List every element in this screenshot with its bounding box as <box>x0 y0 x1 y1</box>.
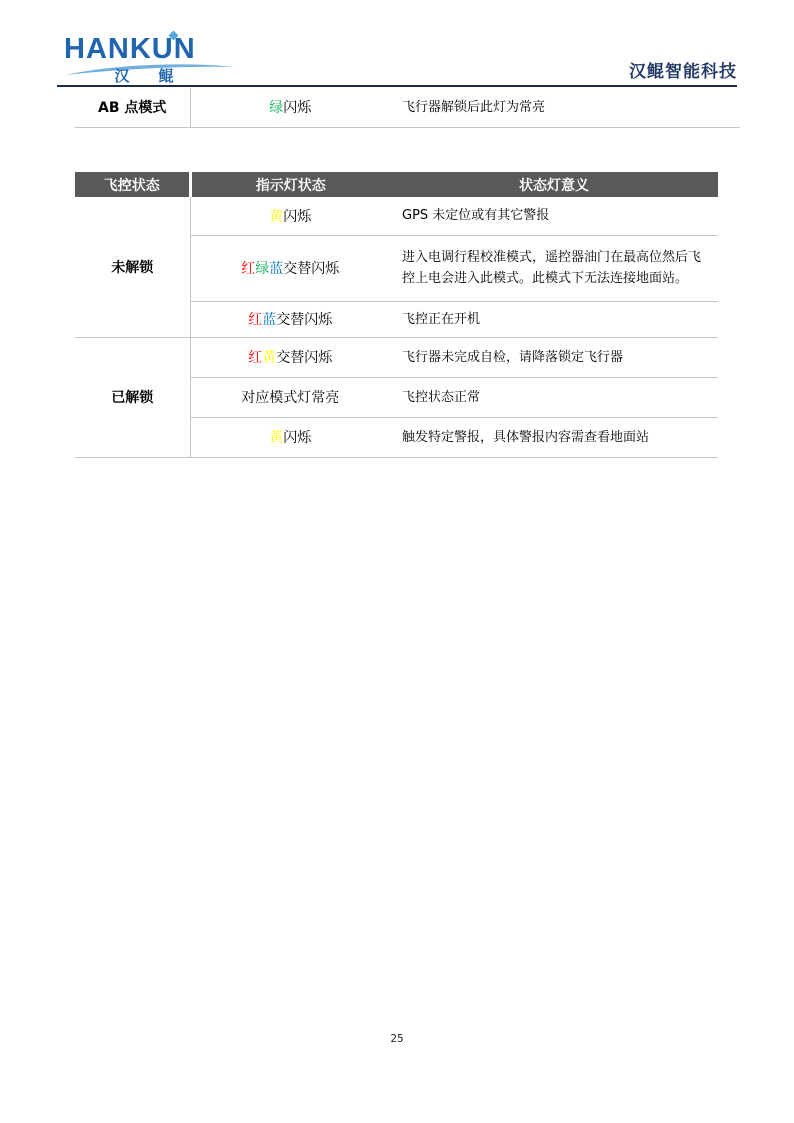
status-led-table: 飞控状态 指示灯状态 状态灯意义 未解锁 黄闪烁 GPS 未定位或有其它警报 红… <box>75 172 718 458</box>
led-pattern-text: 交替闪烁 <box>283 261 339 277</box>
meaning-cell: 触发特定警报，具体警报内容需查看地面站 <box>390 417 718 457</box>
col-header-led-state: 指示灯状态 <box>190 172 390 197</box>
document-page: HANKUN 汉 鲲 汉鲲智能科技 AB 点模式 绿闪烁 飞行器解锁后此灯为常亮… <box>0 0 794 1123</box>
led-pattern-text: 闪烁 <box>283 430 311 446</box>
led-pattern-text: 闪烁 <box>283 100 311 116</box>
table-row: 未解锁 黄闪烁 GPS 未定位或有其它警报 <box>75 197 718 235</box>
led-pattern-text: 对应模式灯常亮 <box>241 390 339 406</box>
led-color-text: 黄 <box>262 350 276 366</box>
table-row: 已解锁 红黄交替闪烁 飞行器未完成自检，请降落锁定飞行器 <box>75 337 718 377</box>
led-pattern-text: 交替闪烁 <box>276 350 332 366</box>
ab-mode-table: AB 点模式 绿闪烁 飞行器解锁后此灯为常亮 <box>75 88 740 128</box>
led-color-text: 红 <box>241 261 255 277</box>
led-state-cell: 黄闪烁 <box>190 197 390 235</box>
led-color-text: 绿 <box>269 100 283 116</box>
meaning-cell: 飞控状态正常 <box>390 377 718 417</box>
led-state-cell: 红绿蓝交替闪烁 <box>190 235 390 301</box>
led-color-text: 黄 <box>269 209 283 225</box>
logo-wordmark: HANKUN <box>64 34 236 64</box>
meaning-cell: 飞控正在开机 <box>390 301 718 337</box>
led-color-text: 蓝 <box>269 261 283 277</box>
table-row: AB 点模式 绿闪烁 飞行器解锁后此灯为常亮 <box>75 88 740 127</box>
col-header-led-meaning: 状态灯意义 <box>390 172 718 197</box>
meaning-cell: 进入电调行程校准模式，遥控器油门在最高位然后飞控上电会进入此模式。此模式下无法连… <box>390 235 718 301</box>
company-name: 汉鲲智能科技 <box>629 57 737 82</box>
led-color-text: 黄 <box>269 430 283 446</box>
meaning-cell: 飞行器解锁后此灯为常亮 <box>390 88 740 127</box>
table-header-row: 飞控状态 指示灯状态 状态灯意义 <box>75 172 718 197</box>
led-state-cell: 对应模式灯常亮 <box>190 377 390 417</box>
logo-cjk-text: 汉 鲲 <box>64 65 224 86</box>
page-number: 25 <box>0 1032 794 1045</box>
hankun-logo: HANKUN 汉 鲲 <box>64 34 236 86</box>
led-color-text: 红 <box>248 312 262 328</box>
fc-state-cell: 已解锁 <box>75 337 190 457</box>
led-state-cell: 红黄交替闪烁 <box>190 337 390 377</box>
led-color-text: 绿 <box>255 261 269 277</box>
fc-state-cell: 未解锁 <box>75 197 190 337</box>
led-pattern-text: 闪烁 <box>283 209 311 225</box>
led-color-text: 蓝 <box>262 312 276 328</box>
meaning-cell: 飞行器未完成自检，请降落锁定飞行器 <box>390 337 718 377</box>
led-state-cell: 绿闪烁 <box>190 88 390 127</box>
meaning-cell: GPS 未定位或有其它警报 <box>390 197 718 235</box>
led-state-cell: 黄闪烁 <box>190 417 390 457</box>
led-pattern-text: 交替闪烁 <box>276 312 332 328</box>
col-header-fc-state: 飞控状态 <box>75 172 190 197</box>
header-rule <box>57 85 737 87</box>
led-state-cell: 红蓝交替闪烁 <box>190 301 390 337</box>
led-color-text: 红 <box>248 350 262 366</box>
mode-label-cell: AB 点模式 <box>75 88 190 127</box>
